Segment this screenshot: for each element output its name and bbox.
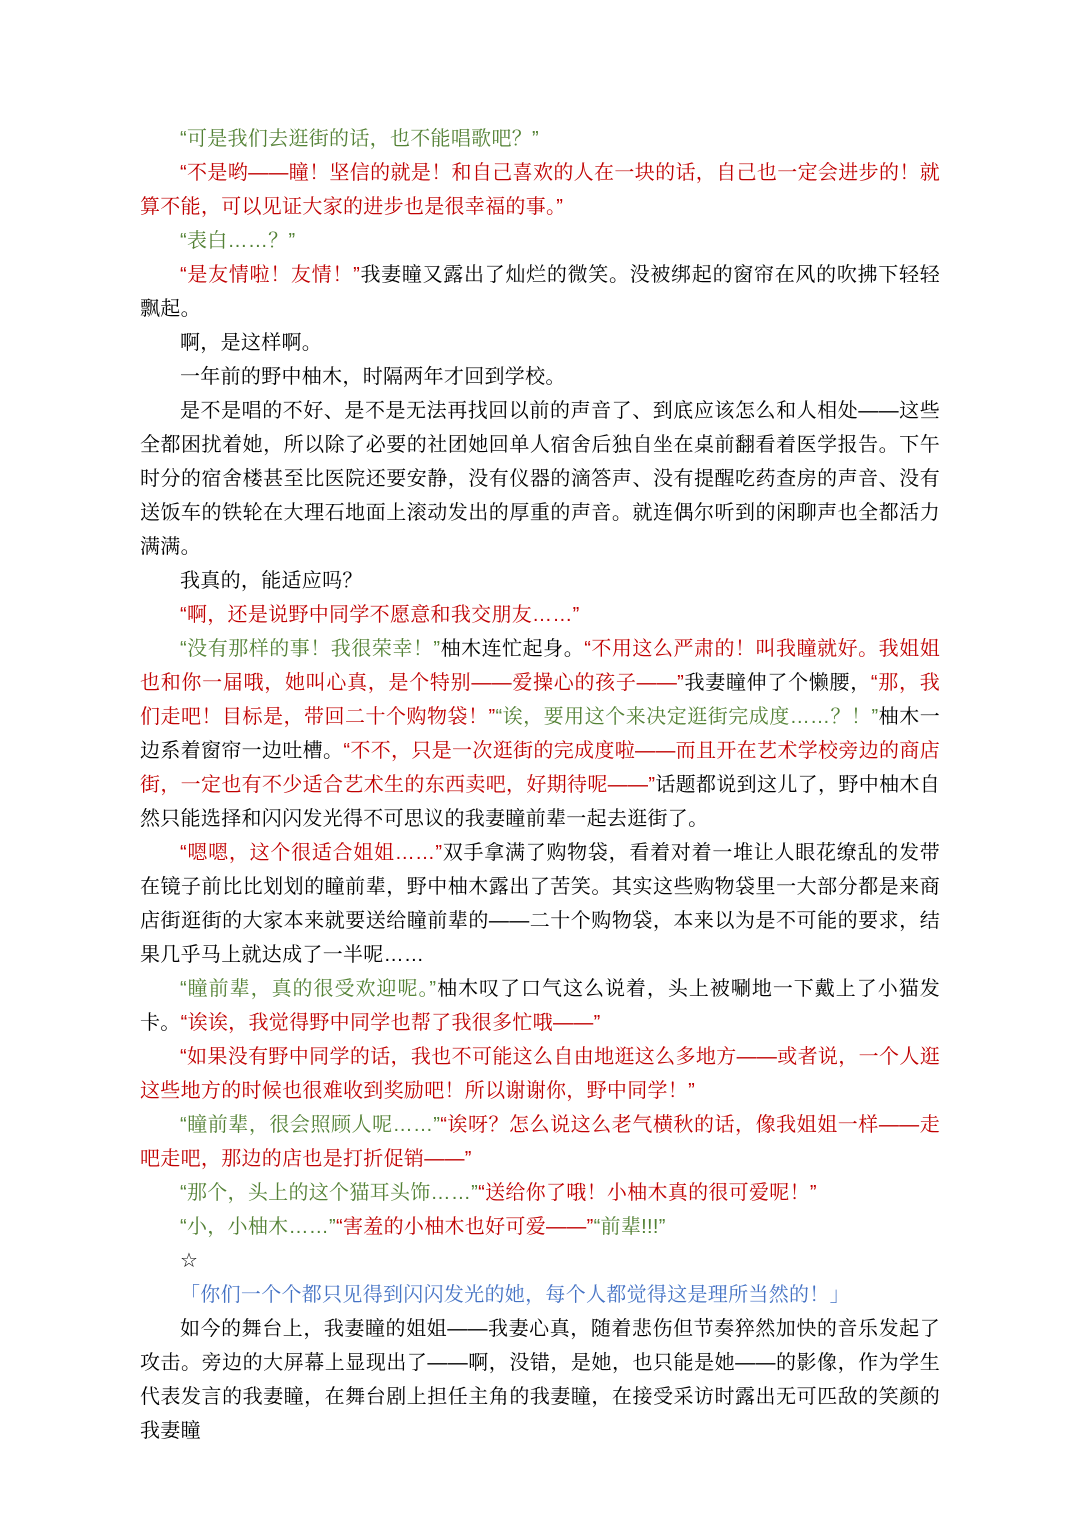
paragraph: “小，小柚木……”“害羞的小柚木也好可爱——”“前辈!!!” xyxy=(140,1210,940,1244)
paragraph: 啊，是这样啊。 xyxy=(140,326,940,360)
text-segment: “诶，要用这个来决定逛街完成度……？！” xyxy=(496,706,879,728)
paragraph: “表白……？” xyxy=(140,224,940,258)
text-segment: “送给你了哦！小柚木真的很可爱呢！” xyxy=(478,1182,817,1204)
text-segment: 我真的，能适应吗？ xyxy=(180,570,363,592)
paragraph: “不是哟——瞳！坚信的就是！和自己喜欢的人在一块的话，自己也一定会进步的！就算不… xyxy=(140,156,940,224)
text-segment: “瞳前辈，很会照顾人呢……” xyxy=(180,1114,440,1136)
text-segment: “那个，头上的这个猫耳头饰……” xyxy=(180,1182,478,1204)
paragraph: “嗯嗯，这个很适合姐姐……”双手拿满了购物袋，看着对着一堆让人眼花缭乱的发带在镜… xyxy=(140,836,940,972)
paragraph: 我真的，能适应吗？ xyxy=(140,564,940,598)
text-segment: 「你们一个个都只见得到闪闪发光的她，每个人都觉得这是理所当然的！」 xyxy=(180,1284,850,1306)
document-text-body: “可是我们去逛街的话，也不能唱歌吧？”“不是哟——瞳！坚信的就是！和自己喜欢的人… xyxy=(140,122,940,1448)
paragraph: “瞳前辈，真的很受欢迎呢。”柚木叹了口气这么说着，头上被唰地一下戴上了小猫发卡。… xyxy=(140,972,940,1040)
paragraph: 一年前的野中柚木，时隔两年才回到学校。 xyxy=(140,360,940,394)
text-segment: 柚木连忙起身。 xyxy=(440,638,584,660)
text-segment: 啊，是这样啊。 xyxy=(180,332,322,354)
paragraph: ☆ xyxy=(140,1244,940,1278)
text-segment: “不是哟——瞳！坚信的就是！和自己喜欢的人在一块的话，自己也一定会进步的！就算不… xyxy=(140,162,940,218)
text-segment: “瞳前辈，真的很受欢迎呢。” xyxy=(180,978,436,1000)
paragraph: “啊，还是说野中同学不愿意和我交朋友……” xyxy=(140,598,940,632)
paragraph: “那个，头上的这个猫耳头饰……”“送给你了哦！小柚木真的很可爱呢！” xyxy=(140,1176,940,1210)
paragraph: “没有那样的事！我很荣幸！”柚木连忙起身。“不用这么严肃的！叫我瞳就好。我姐姐也… xyxy=(140,632,940,836)
paragraph: “是友情啦！友情！”我妻瞳又露出了灿烂的微笑。没被绑起的窗帘在风的吹拂下轻轻飘起… xyxy=(140,258,940,326)
text-segment: “啊，还是说野中同学不愿意和我交朋友……” xyxy=(180,604,580,626)
text-segment: “没有那样的事！我很荣幸！” xyxy=(180,638,440,660)
text-segment: “诶诶，我觉得野中同学也帮了我很多忙哦——” xyxy=(181,1012,601,1034)
text-segment: “前辈!!!” xyxy=(594,1216,666,1238)
text-segment: ☆ xyxy=(180,1250,198,1272)
paragraph: “如果没有野中同学的话，我也不可能这么自由地逛这么多地方——或者说，一个人逛这些… xyxy=(140,1040,940,1108)
text-segment: “是友情啦！友情！” xyxy=(180,264,360,286)
text-segment: “嗯嗯，这个很适合姐姐……” xyxy=(180,842,442,864)
paragraph: 如今的舞台上，我妻瞳的姐姐——我妻心真，随着悲伤但节奏猝然加快的音乐发起了攻击。… xyxy=(140,1312,940,1448)
paragraph: 是不是唱的不好、是不是无法再找回以前的声音了、到底应该怎么和人相处——这些全都困… xyxy=(140,394,940,564)
text-segment: “如果没有野中同学的话，我也不可能这么自由地逛这么多地方——或者说，一个人逛这些… xyxy=(140,1046,940,1102)
text-segment: “可是我们去逛街的话，也不能唱歌吧？” xyxy=(180,128,539,150)
text-segment: “表白……？” xyxy=(180,230,295,252)
text-segment: “害羞的小柚木也好可爱——” xyxy=(336,1216,594,1238)
text-segment: 是不是唱的不好、是不是无法再找回以前的声音了、到底应该怎么和人相处——这些全都困… xyxy=(140,400,940,558)
text-segment: 我妻瞳伸了个懒腰， xyxy=(684,672,871,694)
document-page: “可是我们去逛街的话，也不能唱歌吧？”“不是哟——瞳！坚信的就是！和自己喜欢的人… xyxy=(0,0,1080,1527)
text-segment: 如今的舞台上，我妻瞳的姐姐——我妻心真，随着悲伤但节奏猝然加快的音乐发起了攻击。… xyxy=(140,1318,940,1442)
text-segment: “小，小柚木……” xyxy=(180,1216,336,1238)
paragraph: 「你们一个个都只见得到闪闪发光的她，每个人都觉得这是理所当然的！」 xyxy=(140,1278,940,1312)
text-segment: 一年前的野中柚木，时隔两年才回到学校。 xyxy=(180,366,566,388)
paragraph: “可是我们去逛街的话，也不能唱歌吧？” xyxy=(140,122,940,156)
paragraph: “瞳前辈，很会照顾人呢……”“诶呀？怎么说这么老气横秋的话，像我姐姐一样——走吧… xyxy=(140,1108,940,1176)
